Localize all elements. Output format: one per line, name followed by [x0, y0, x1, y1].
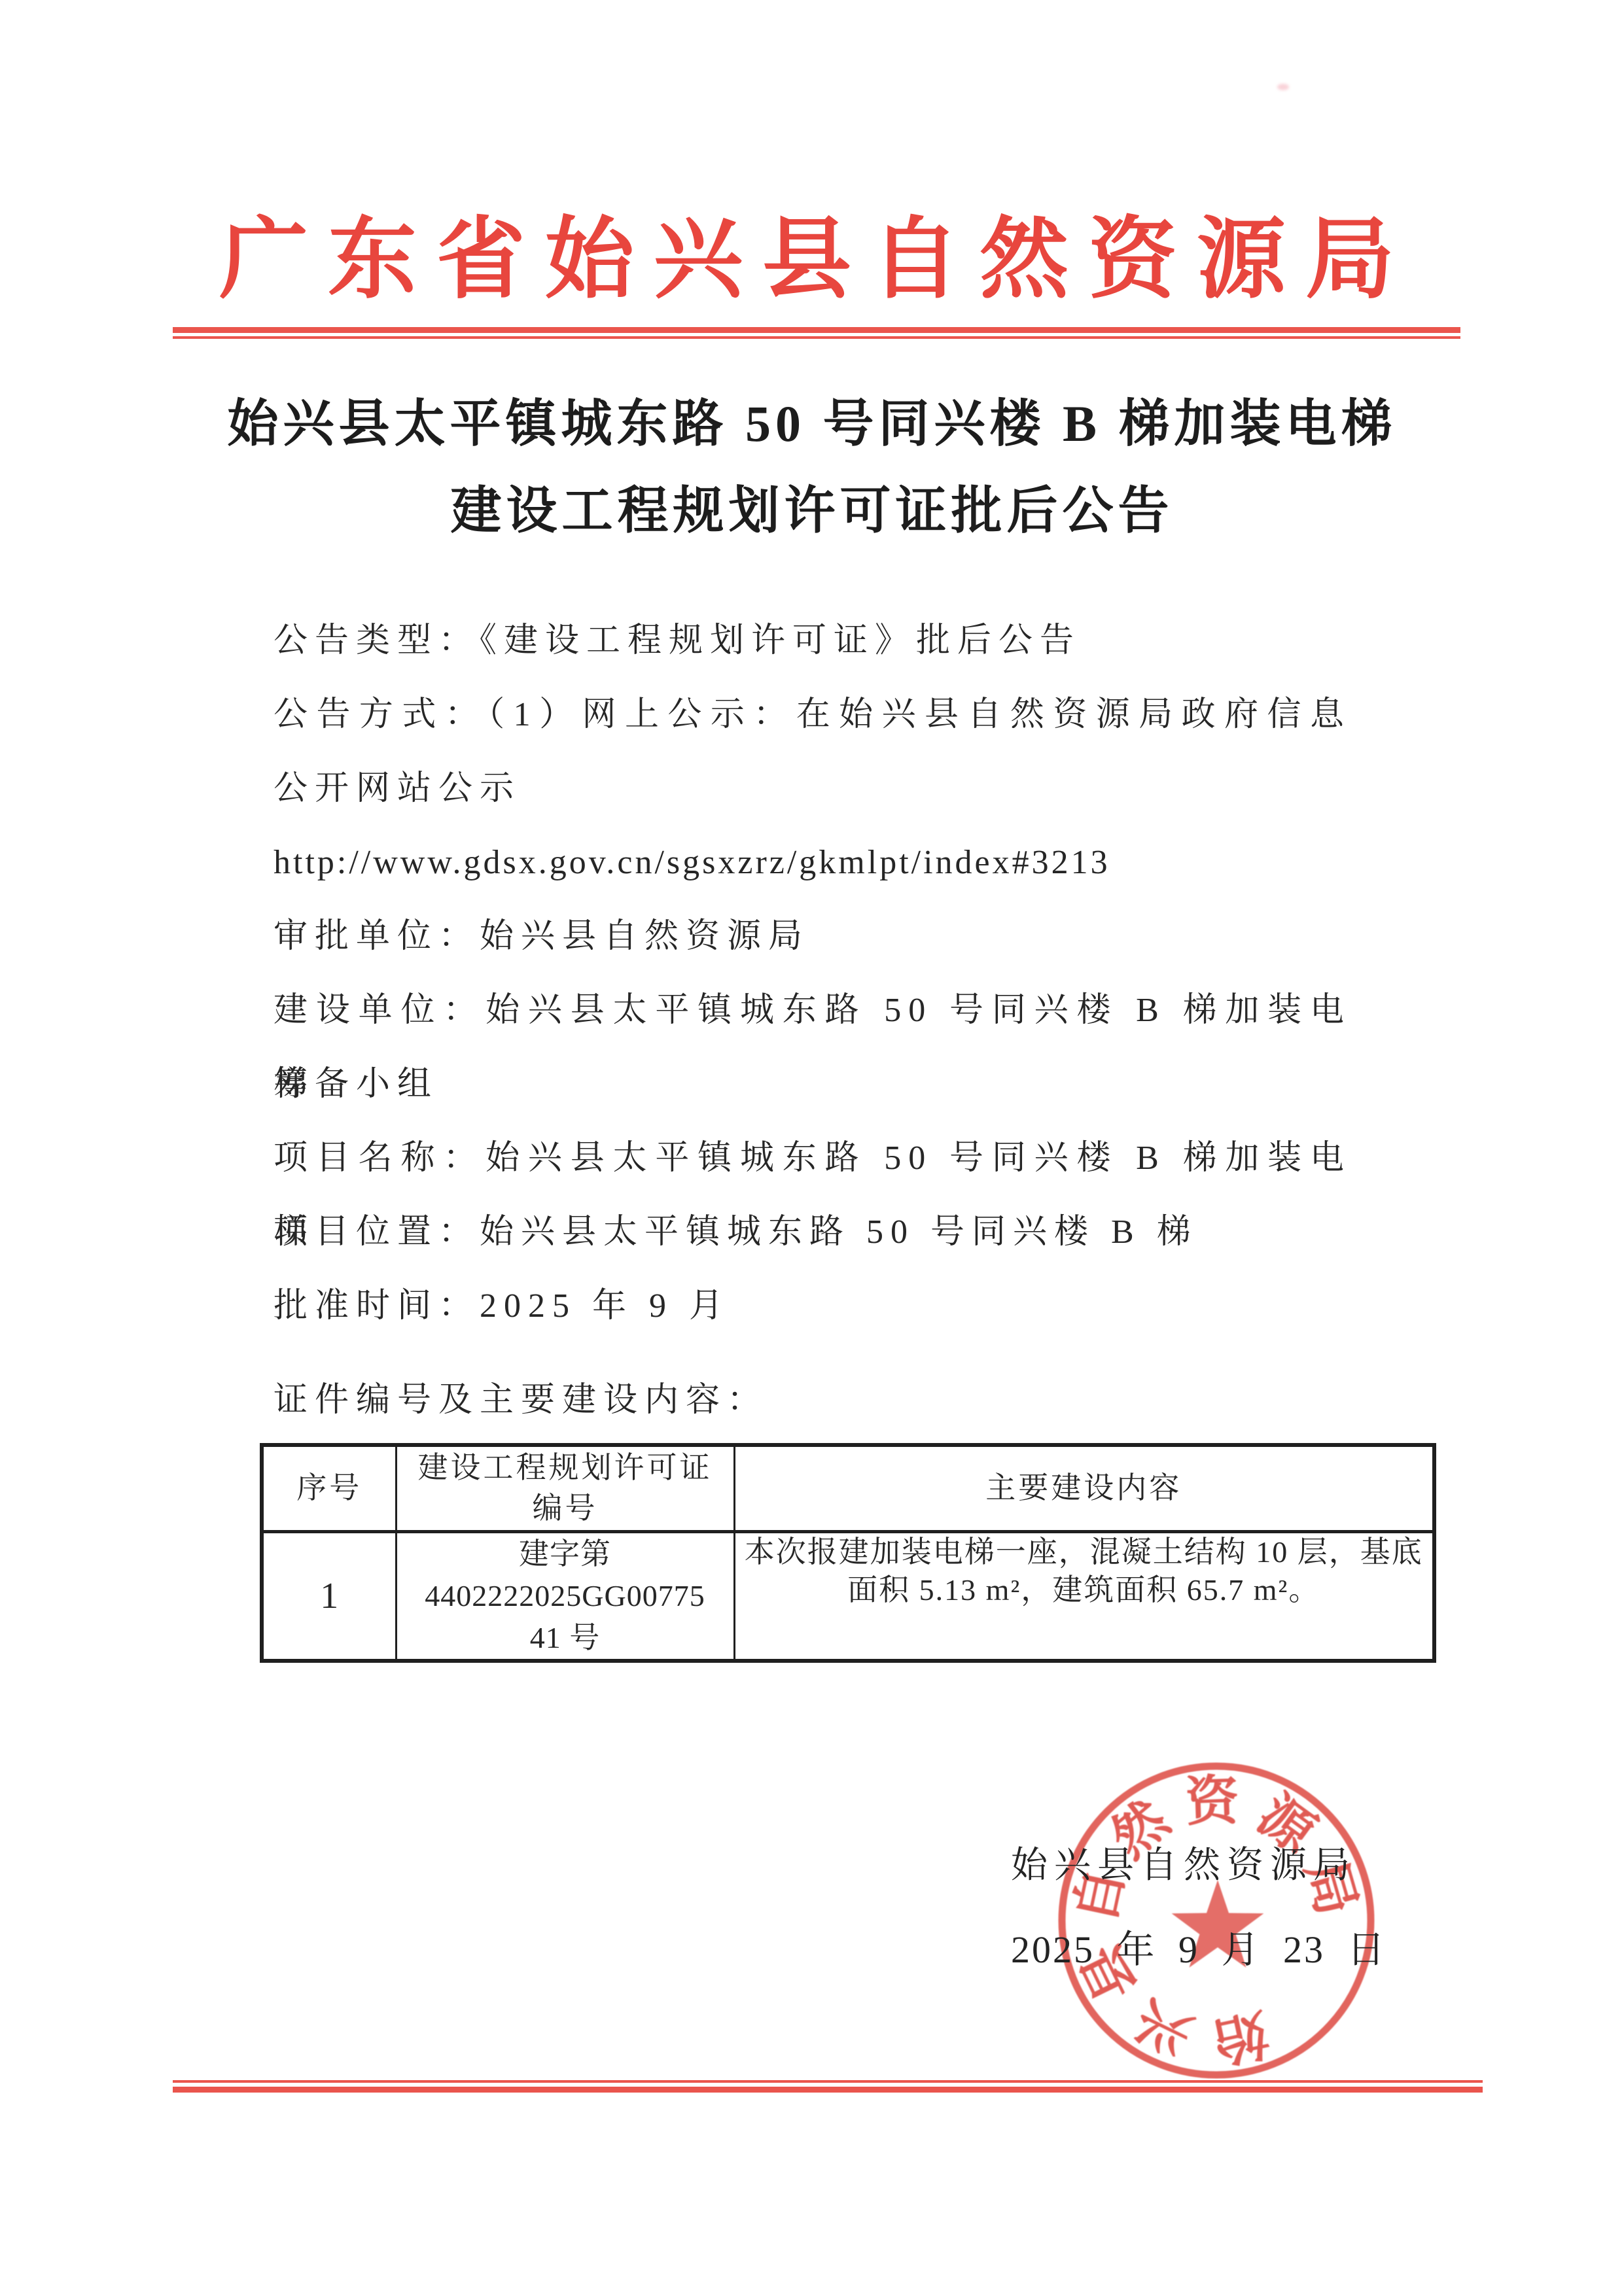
svg-text:始: 始: [1207, 2002, 1273, 2072]
table-cell-permit-number: 建字第 4402222025GG00775 41 号: [396, 1531, 734, 1661]
table-header-permit-line2: 编号: [397, 1488, 733, 1529]
table-header-permit-number: 建设工程规划许可证 编号: [396, 1445, 734, 1531]
body-paragraphs: 公告类型：《建设工程规划许可证》批后公告 公告方式：（1）网上公示：在始兴县自然…: [274, 604, 1351, 1343]
signature-date: 2025 年 9 月 23 日: [1011, 1930, 1387, 1970]
permits-table: 序号 建设工程规划许可证 编号 主要建设内容 1 建字第 4402222025G…: [260, 1443, 1436, 1663]
document-title: 始兴县太平镇城东路 50 号同兴楼 B 梯加装电梯 建设工程规划许可证批后公告: [173, 380, 1451, 554]
body-line-announcement-method: 公告方式：（1）网上公示：在始兴县自然资源局政府信息: [274, 678, 1351, 752]
table-header-seq: 序号: [262, 1445, 396, 1531]
permit-number-line3: 41 号: [397, 1617, 733, 1659]
table-caption: 证件编号及主要建设内容：: [274, 1364, 768, 1437]
body-line-approval-authority: 审批单位：始兴县自然资源局: [274, 899, 1351, 973]
letterhead-title: 广东省始兴县自然资源局: [173, 208, 1460, 319]
body-line-unit-suffix: 筹备小组: [274, 1047, 1351, 1121]
signature-issuer: 始兴县自然资源局: [1011, 1846, 1356, 1885]
body-line-approval-date: 批准时间：2025 年 9 月: [274, 1269, 1351, 1343]
table-header-main-content: 主要建设内容: [734, 1445, 1434, 1531]
scan-artifact: [1277, 84, 1289, 90]
letterhead-rule-thick: [173, 327, 1460, 333]
svg-text:资: 资: [1184, 1771, 1241, 1832]
body-line-project-location: 项目位置：始兴县太平镇城东路 50 号同兴楼 B 梯: [274, 1195, 1351, 1269]
body-line-construction-unit: 建设单位：始兴县太平镇城东路 50 号同兴楼 B 梯加装电梯: [274, 973, 1351, 1047]
table-cell-main-content: 本次报建加装电梯一座，混凝土结构 10 层，基底面积 5.13 m²，建筑面积 …: [734, 1531, 1434, 1661]
table-row: 1 建字第 4402222025GG00775 41 号 本次报建加装电梯一座，…: [262, 1531, 1434, 1661]
document-title-line1: 始兴县太平镇城东路 50 号同兴楼 B 梯加装电梯: [173, 380, 1451, 467]
url-text: http://www.gdsx.gov.cn/sgsxzrz/gkmlpt/in…: [274, 826, 1351, 899]
letterhead-rule-thin: [173, 336, 1460, 339]
permit-number-line2: 4402222025GG00775: [397, 1575, 733, 1617]
body-line-announcement-type: 公告类型：《建设工程规划许可证》批后公告: [274, 604, 1351, 678]
body-line-project-name: 项目名称：始兴县太平镇城东路 50 号同兴楼 B 梯加装电梯: [274, 1121, 1351, 1195]
table-cell-seq: 1: [262, 1531, 396, 1661]
table-header-row: 序号 建设工程规划许可证 编号 主要建设内容: [262, 1445, 1434, 1531]
official-seal: 始兴县自然资源局: [1046, 1750, 1386, 2091]
document-page: 广东省始兴县自然资源局 始兴县太平镇城东路 50 号同兴楼 B 梯加装电梯 建设…: [0, 0, 1624, 2296]
body-line-website-suffix: 公开网站公示: [274, 752, 1351, 826]
document-title-line2: 建设工程规划许可证批后公告: [173, 467, 1451, 554]
permit-number-line1: 建字第: [397, 1533, 733, 1575]
table-header-permit-line1: 建设工程规划许可证: [397, 1448, 733, 1488]
